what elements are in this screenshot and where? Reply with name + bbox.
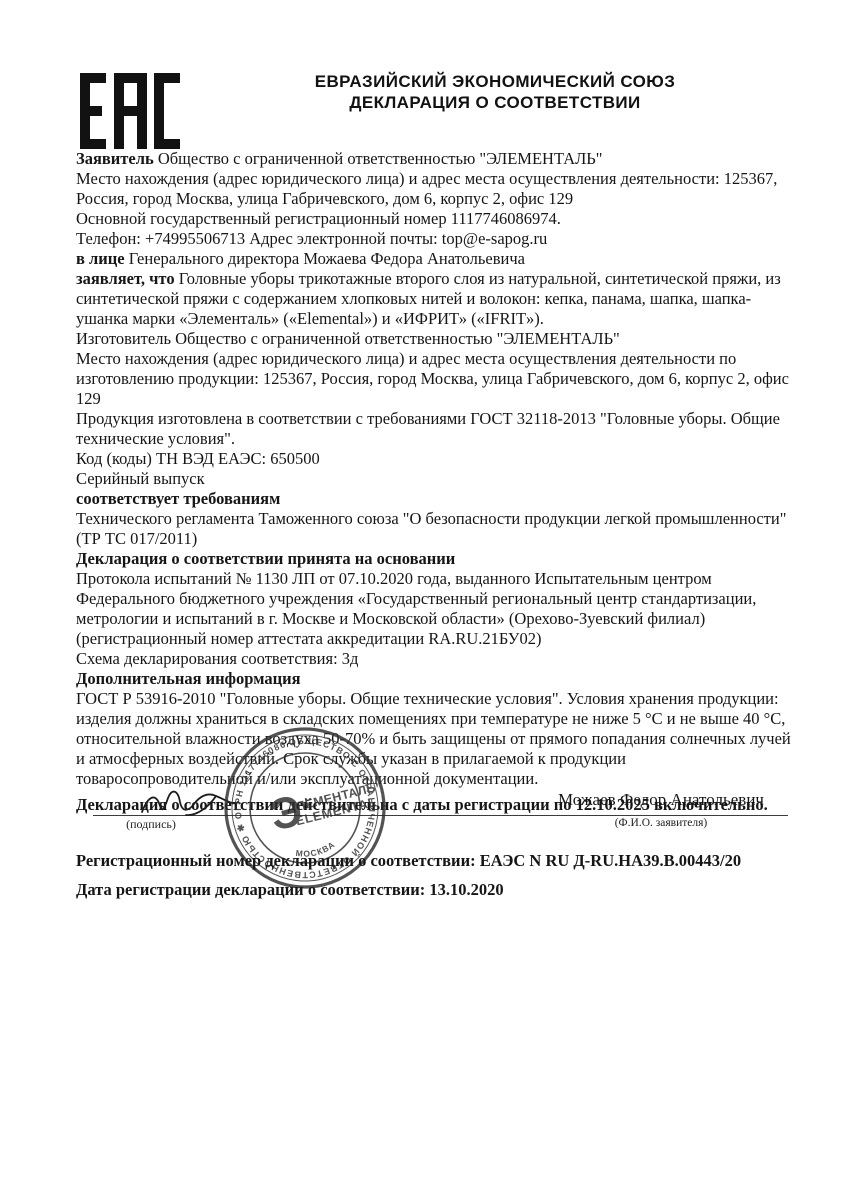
- declaration-body: Заявитель Общество с ограниченной ответс…: [76, 149, 794, 815]
- paragraph-complies-heading: соответствует требованиям: [76, 489, 794, 509]
- paragraph-contacts: Телефон: +74995506713 Адрес электронной …: [76, 229, 794, 249]
- declaration-document: ЕВРАЗИЙСКИЙ ЭКОНОМИЧЕСКИЙ СОЮЗ ДЕКЛАРАЦИ…: [0, 0, 850, 1194]
- eac-mark-icon: [80, 73, 180, 149]
- registration-number: Регистрационный номер декларации о соотв…: [76, 851, 794, 871]
- paragraph-protocol: Протокола испытаний № 1130 ЛП от 07.10.2…: [76, 569, 794, 649]
- paragraph-represented-by: в лице Генерального директора Можаева Фе…: [76, 249, 794, 269]
- registration-date: Дата регистрации декларации о соответств…: [76, 880, 794, 900]
- paragraph-regulation: Технического регламента Таможенного союз…: [76, 509, 794, 549]
- applicant-name: Можаев Федор Анатольевич: [506, 790, 816, 810]
- registration-section: Регистрационный номер декларации о соотв…: [76, 851, 794, 909]
- paragraph-additional-info: ГОСТ Р 53916-2010 "Головные уборы. Общие…: [76, 689, 794, 789]
- declaration-title: ДЕКЛАРАЦИЯ О СООТВЕТСТВИИ: [250, 92, 740, 113]
- paragraph-ogrn: Основной государственный регистрационный…: [76, 209, 794, 229]
- signature-section: (подпись) Можаев Федор Анатольевич (Ф.И.…: [76, 786, 790, 840]
- paragraph-serial: Серийный выпуск: [76, 469, 794, 489]
- paragraph-manufacturer-address: Место нахождения (адрес юридического лиц…: [76, 349, 794, 409]
- document-title: ЕВРАЗИЙСКИЙ ЭКОНОМИЧЕСКИЙ СОЮЗ ДЕКЛАРАЦИ…: [250, 71, 740, 113]
- applicant-name-caption: (Ф.И.О. заявителя): [506, 817, 816, 829]
- paragraph-declares: заявляет, что Головные уборы трикотажные…: [76, 269, 794, 329]
- paragraph-basis-heading: Декларация о соответствии принята на осн…: [76, 549, 794, 569]
- paragraph-tnved-code: Код (коды) ТН ВЭД ЕАЭС: 650500: [76, 449, 794, 469]
- paragraph-scheme: Схема декларирования соответствия: 3д: [76, 649, 794, 669]
- paragraph-gost: Продукция изготовлена в соответствии с т…: [76, 409, 794, 449]
- signature-caption: (подпись): [106, 817, 196, 832]
- union-title: ЕВРАЗИЙСКИЙ ЭКОНОМИЧЕСКИЙ СОЮЗ: [250, 71, 740, 92]
- paragraph-additional-heading: Дополнительная информация: [76, 669, 794, 689]
- paragraph-manufacturer: Изготовитель Общество с ограниченной отв…: [76, 329, 794, 349]
- paragraph-applicant: Заявитель Общество с ограниченной ответс…: [76, 149, 794, 169]
- paragraph-address: Место нахождения (адрес юридического лиц…: [76, 169, 794, 209]
